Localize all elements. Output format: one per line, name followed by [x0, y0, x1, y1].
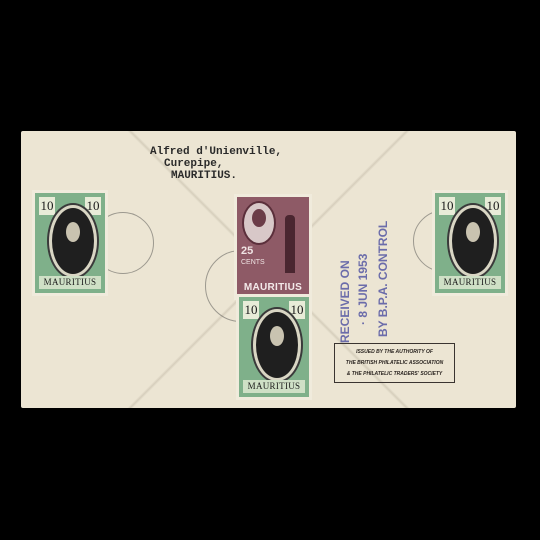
cert-line-3: & THE PHILATELIC TRADERS' SOCIETY: [335, 369, 454, 380]
stamp-country: MAURITIUS: [241, 282, 305, 293]
handstamp-date: · 8 JUN 1953: [356, 254, 370, 325]
queen-portrait-icon: [49, 205, 97, 277]
stamp-unit: CENTS: [241, 259, 265, 266]
king-portrait-icon: [242, 201, 276, 245]
stamp-value: 10: [439, 197, 455, 215]
stamp-right: 10 10 MAURITIUS: [432, 190, 508, 296]
stamp-center-bottom: 10 10 MAURITIUS: [236, 294, 312, 400]
stamp-country: MAURITIUS: [439, 276, 501, 289]
handstamp-line-1: RECEIVED ON: [338, 260, 352, 343]
sender-address: Alfred d'Unienville, Curepipe, MAURITIUS…: [150, 146, 282, 182]
certificate-label: ISSUED BY THE AUTHORITY OF THE BRITISH P…: [334, 343, 455, 383]
stamp-country: MAURITIUS: [243, 380, 305, 393]
queen-portrait-icon: [253, 309, 301, 381]
sender-town: Curepipe,: [150, 158, 282, 170]
stamp-country: MAURITIUS: [39, 276, 101, 289]
sender-country: MAURITIUS.: [150, 170, 282, 182]
stamp-value: 10: [39, 197, 55, 215]
cert-line-1: ISSUED BY THE AUTHORITY OF: [335, 347, 454, 358]
stamp-value: 10: [243, 301, 259, 319]
bpa-handstamp: RECEIVED ON · 8 JUN 1953 BY B.P.A. CONTR…: [350, 225, 410, 345]
stamp-center-top: 25 CENTS MAURITIUS: [234, 194, 312, 300]
stamp-value: 25: [241, 245, 253, 257]
sender-name: Alfred d'Unienville,: [150, 146, 282, 158]
queen-portrait-icon: [449, 205, 497, 277]
statue-icon: [285, 215, 295, 273]
cert-line-2: THE BRITISH PHILATELIC ASSOCIATION: [335, 358, 454, 369]
handstamp-line-3: BY B.P.A. CONTROL: [376, 221, 390, 337]
stamp-left: 10 10 MAURITIUS: [32, 190, 108, 296]
